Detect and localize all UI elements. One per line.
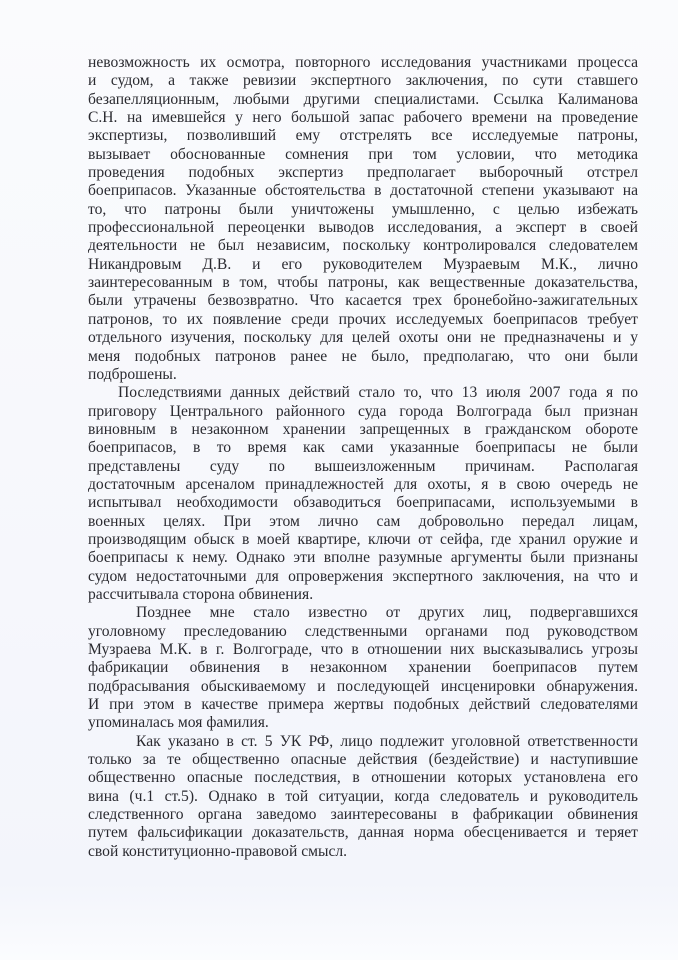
- text-line: Как указано в ст. 5 УК РФ, лицо подлежит…: [88, 733, 638, 751]
- text-line: производящим обыск в моей квартире, ключ…: [88, 531, 638, 549]
- text-line: были утрачены безвозвратно. Что касается…: [88, 292, 638, 310]
- text-line: Позднее мне стало известно от других лиц…: [88, 604, 638, 622]
- text-line: следственного органа заведомо заинтересо…: [88, 806, 638, 824]
- text-line: упоминалась моя фамилия.: [88, 714, 638, 732]
- text-line: испытывал необходимости обзаводиться бое…: [88, 494, 638, 512]
- text-line: вызывает обоснованные сомнения при том у…: [88, 146, 638, 164]
- text-line: уголовному преследованию следственными о…: [88, 623, 638, 641]
- text-line: путем фальсификации доказательств, данна…: [88, 824, 638, 842]
- paragraph-1: невозможность их осмотра, повторного исс…: [88, 54, 638, 384]
- text-line: Музраева М.К. в г. Волгограде, что в отн…: [88, 641, 638, 659]
- text-line: представлены суду по вышеизложенным прич…: [88, 458, 638, 476]
- document-page: невозможность их осмотра, повторного исс…: [0, 0, 678, 960]
- text-line: боеприпасы к нему. Однако эти вполне раз…: [88, 549, 638, 567]
- text-line: только за те общественно опасные действи…: [88, 751, 638, 769]
- text-line: рассчитывала сторона обвинения.: [88, 586, 638, 604]
- paragraph-3: Позднее мне стало известно от других лиц…: [88, 604, 638, 732]
- text-line: фабрикации обвинения в незаконном хранен…: [88, 659, 638, 677]
- document-body: невозможность их осмотра, повторного исс…: [88, 54, 638, 861]
- text-line: меня подобных патронов ранее не было, пр…: [88, 348, 638, 366]
- text-line: вина (ч.1 ст.5). Однако в той ситуации, …: [88, 788, 638, 806]
- text-line: подброшены.: [88, 366, 638, 384]
- paragraph-4: Как указано в ст. 5 УК РФ, лицо подлежит…: [88, 733, 638, 861]
- text-line: достаточным арсеналом принадлежностей дл…: [88, 476, 638, 494]
- text-line: невозможность их осмотра, повторного исс…: [88, 54, 638, 72]
- text-line: И при этом в качестве примера жертвы под…: [88, 696, 638, 714]
- text-line: Никандровым Д.В. и его руководителем Муз…: [88, 256, 638, 274]
- text-line: военных целях. При этом лично сам добров…: [88, 513, 638, 531]
- text-line: патронов, то их появление среди прочих и…: [88, 311, 638, 329]
- text-line: свой конституционно-правовой смысл.: [88, 843, 638, 861]
- text-line: судом недостаточными для опровержения эк…: [88, 568, 638, 586]
- text-line: боеприпасов, в то время как сами указанн…: [88, 439, 638, 457]
- text-line: виновным в незаконном хранении запрещенн…: [88, 421, 638, 439]
- text-line: С.Н. на имевшейся у него большой запас р…: [88, 109, 638, 127]
- text-line: экспертизы, позволивший ему отстрелять в…: [88, 127, 638, 145]
- text-line: Последствиями данных действий стало то, …: [88, 384, 638, 402]
- text-line: профессиональной переоценки выводов иссл…: [88, 219, 638, 237]
- text-line: деятельности не был независим, поскольку…: [88, 237, 638, 255]
- text-line: безапелляционным, любыми другими специал…: [88, 91, 638, 109]
- text-line: подбрасывания обыскиваемому и последующе…: [88, 678, 638, 696]
- text-line: то, что патроны были уничтожены умышленн…: [88, 201, 638, 219]
- text-line: и судом, а также ревизии экспертного зак…: [88, 72, 638, 90]
- text-line: приговору Центрального районного суда го…: [88, 403, 638, 421]
- text-line: проведения подобных экспертиз предполага…: [88, 164, 638, 182]
- text-line: заинтересованным в том, чтобы патроны, к…: [88, 274, 638, 292]
- text-line: боеприпасов. Указанные обстоятельства в …: [88, 182, 638, 200]
- text-line: общественно опасные последствия, в отнош…: [88, 769, 638, 787]
- text-line: отдельного изучения, поскольку для целей…: [88, 329, 638, 347]
- paragraph-2: Последствиями данных действий стало то, …: [88, 384, 638, 604]
